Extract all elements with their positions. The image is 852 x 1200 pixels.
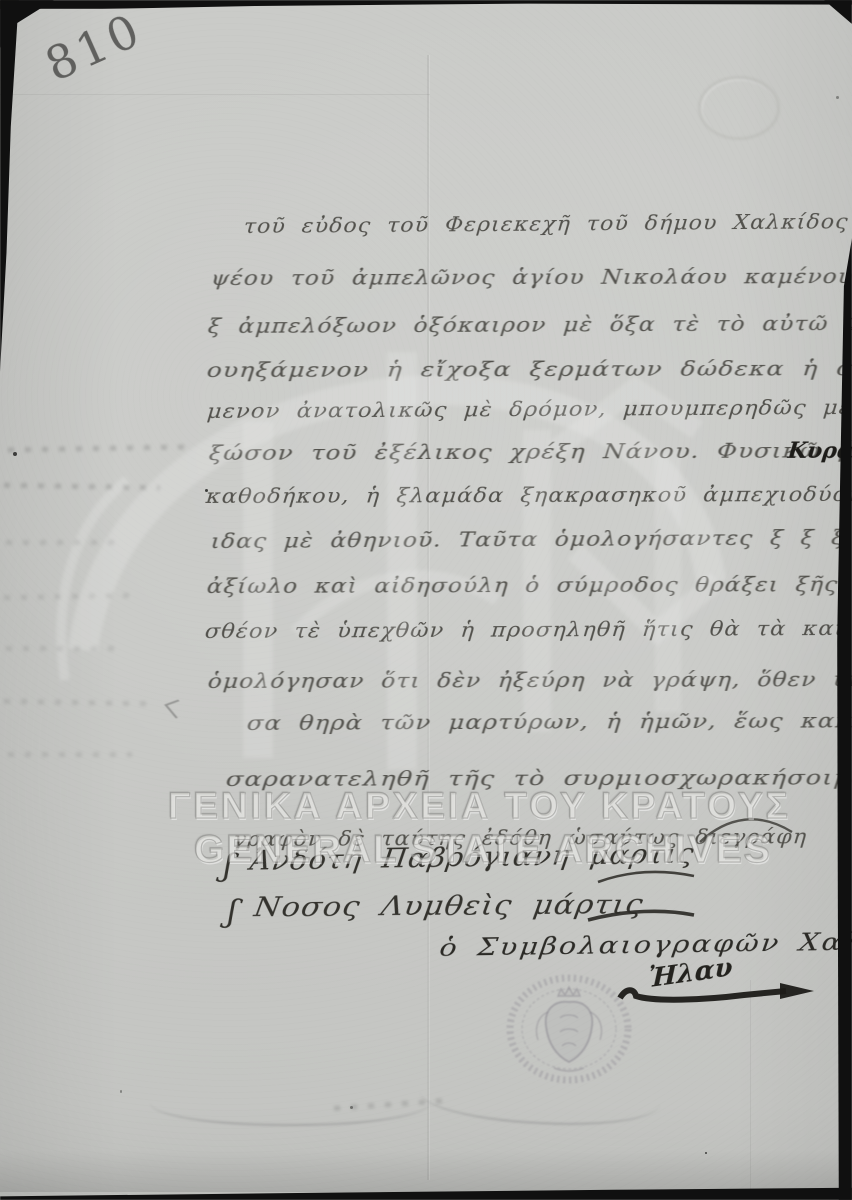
manuscript-line: τοῦ εὐδος τοῦ Φεριεκεχῆ τοῦ δήμου Χαλκίδ… [243, 208, 852, 238]
ink-speck [836, 96, 839, 99]
pen-dash-stroke [586, 906, 700, 926]
ink-speck [205, 489, 208, 492]
ink-speck [705, 1152, 707, 1154]
notary-signature-flourish [614, 980, 820, 1010]
ink-speck [350, 1106, 353, 1109]
ink-speck [13, 452, 17, 456]
scanned-document: 810 τοῦ εὐδος τοῦ Φεριεκεχῆ τοῦ δήμου Χα… [0, 0, 852, 1200]
ink-speck [120, 1090, 122, 1093]
gak-logo-watermark-icon [55, 330, 775, 780]
manuscript-line: ψέου τοῦ ἀμπελῶνος ἁγίου Νικολάου καμένο… [210, 264, 852, 290]
archive-watermark-english: GENERAL STATE ARCHIVES [194, 828, 772, 872]
blind-stamp-impression [698, 76, 780, 140]
archive-watermark-greek: ΓΕΝΙΚΑ ΑΡΧΕΙΑ ΤΟΥ ΚΡΑΤΟΥΣ [168, 785, 791, 827]
